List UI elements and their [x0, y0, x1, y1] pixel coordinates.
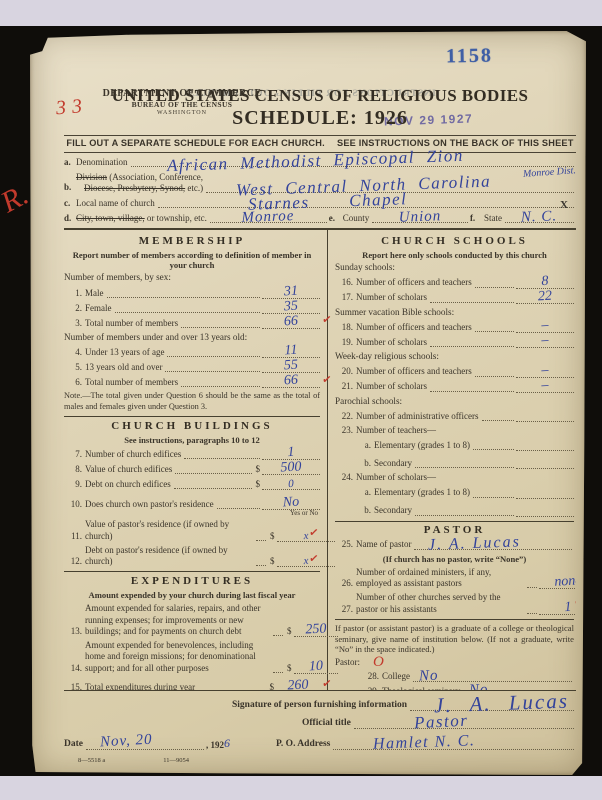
yes-or-no-caption: Yes or No: [290, 509, 318, 518]
q13-value-handwriting: 250: [305, 623, 327, 638]
field-letter: d.: [64, 213, 76, 224]
q2-value-handwriting: 35: [284, 300, 299, 315]
red-check-mark: ✓: [321, 314, 332, 329]
q-number: 9.: [64, 479, 82, 490]
dotted-line: N. C.: [505, 222, 574, 223]
answer-line: 1✓: [539, 603, 576, 615]
q15-total-expenditures: 15. Total expenditures during year $ 260…: [64, 681, 320, 691]
pastor-name-handwriting: J. A. Lucas: [428, 534, 521, 553]
q-number: 5.: [64, 362, 82, 373]
district-annotation-handwriting: Monroe Dist.: [523, 166, 577, 180]
q-label: Number of scholars: [356, 292, 427, 303]
field-division: b. Division (Association, Conference, Di…: [64, 172, 576, 194]
q7-edifices: 7. Number of church edifices 1: [64, 448, 320, 460]
q-number: 23.: [335, 425, 353, 436]
answer-line: 0: [262, 478, 320, 490]
answer-line: 500: [262, 463, 320, 475]
agency-city: WASHINGTON: [92, 110, 272, 118]
q20: 20. Number of officers and teachers –: [335, 366, 574, 378]
date-line: Nov, 20: [86, 749, 204, 750]
sub-letter: b.: [361, 458, 371, 469]
x-pencil-mark: X: [560, 199, 568, 213]
q-number: 2.: [64, 303, 82, 314]
dotted-line: [181, 327, 260, 328]
field-denomination: a. Denomination African Methodist Episco…: [64, 157, 576, 168]
county-label: County: [343, 213, 370, 224]
dollar-sign: $: [270, 682, 275, 692]
q-label: Does church own pastor's residence: [85, 499, 214, 510]
q14-benevolences: 14. Amount expended for benevolences, in…: [64, 640, 320, 674]
answer-line: NoYes or No: [262, 498, 320, 510]
q14-value-handwriting: 10: [308, 659, 323, 674]
city-label: City, town, village, or township, etc.: [76, 213, 207, 224]
q-number: 14.: [64, 663, 82, 674]
agency-block: DEPARTMENT OF COMMERCE BUREAU OF THE CEN…: [92, 87, 272, 118]
dotted-line: [527, 613, 537, 614]
q-number: 22.: [335, 411, 353, 422]
q29-value-handwriting: No: [469, 683, 489, 692]
group-weekday-schools: Week-day religious schools:: [335, 351, 574, 363]
q5-13-and-over: 5. 13 years old and over 55: [64, 361, 320, 373]
q9-debt-edifices: 9. Debt on church edifices $ 0: [64, 478, 320, 490]
q-label: Debt on church edifices: [85, 479, 171, 490]
local-name-label: Local name of church: [76, 198, 155, 209]
q-label: Value of pastor's residence (if owned by…: [85, 519, 253, 542]
official-title-label: Official title: [302, 718, 351, 730]
form-number-left: 8—5518 a: [78, 757, 105, 765]
pastor-graduate-line: Pastor: O: [335, 657, 574, 668]
q-label: 13 years old and over: [85, 362, 162, 373]
city-value-handwriting: Monroe: [242, 209, 295, 226]
q10-own-residence: 10. Does church own pastor's residence N…: [64, 498, 320, 510]
q-number: 28.: [361, 671, 379, 682]
pastor-none-caption: (If church has no pastor, write “None”): [339, 554, 570, 564]
membership-subheading: Report number of members according to de…: [68, 250, 316, 271]
answer-line: [516, 505, 574, 517]
q17-value-handwriting: 22: [538, 289, 553, 304]
q21-dash-mark: –: [541, 378, 549, 392]
q2-female: 2. Female 35: [64, 302, 320, 314]
dotted-line: [473, 497, 514, 498]
state-value-handwriting: N. C.: [521, 209, 558, 225]
po-address-label: P. O. Address: [276, 739, 330, 751]
dotted-line: [184, 458, 260, 459]
answer-line: [516, 487, 574, 499]
struck-word: Division: [76, 172, 107, 182]
q-number: 18.: [335, 322, 353, 333]
answer-line: 1: [262, 448, 320, 460]
q23b: b. Secondary: [335, 457, 574, 469]
dollar-sign: $: [287, 663, 292, 674]
answer-line: 66✓: [262, 317, 320, 329]
q-label: Theological seminary: [382, 686, 460, 691]
official-title-row: Official title Pastor: [64, 718, 576, 730]
group-parochial-schools: Parochial schools:: [335, 396, 574, 408]
red-check-mark: ✓: [308, 526, 319, 541]
q-number: 24.: [335, 472, 353, 483]
township-label: or township, etc.: [145, 213, 207, 223]
q-label: Total number of members: [85, 318, 178, 329]
division-label-etc: etc.): [185, 183, 203, 193]
q-label: Number of other churches served by the p…: [356, 592, 524, 615]
q-label: Number of administrative officers: [356, 411, 479, 422]
dotted-line: [415, 467, 514, 468]
red-check-mark: ✓: [321, 677, 332, 691]
expenditures-subheading: Amount expended by your church during la…: [68, 590, 316, 600]
dollar-sign: $: [256, 464, 261, 475]
dotted-line: Starnes Chapel X: [158, 207, 574, 208]
answer-line: 11: [262, 346, 320, 358]
q-number: 11.: [64, 531, 82, 542]
q-label: Number of officers and teachers: [356, 366, 472, 377]
date-and-address-row: Date Nov, 20 , 192 6 P. O. Address Hamle…: [64, 736, 576, 751]
dotted-line: [175, 473, 251, 474]
q-number: 8.: [64, 464, 82, 475]
q-number: 25.: [335, 539, 353, 550]
dollar-sign: $: [270, 556, 275, 567]
date-handwriting: Nov, 20: [100, 733, 153, 751]
dotted-line: [527, 587, 537, 588]
q12-debt-residence: 12. Debt on pastor's residence (if owned…: [64, 545, 320, 568]
section-divider: [335, 619, 574, 620]
q-number: 6.: [64, 377, 82, 388]
answer-line: –: [516, 336, 574, 348]
answer-line: 31: [262, 287, 320, 299]
answer-line: [516, 457, 574, 469]
q23a: a. Elementary (grades 1 to 8): [335, 439, 574, 451]
field-letter: b.: [64, 182, 76, 193]
q-number: 19.: [335, 337, 353, 348]
graduate-instruction: If pastor (or assistant pastor) is a gra…: [335, 623, 574, 655]
q3-total-members: 3. Total number of members 66✓: [64, 317, 320, 329]
struck-words: City, town, village,: [76, 213, 145, 223]
dotted-line: [256, 540, 266, 541]
dotted-line: [475, 287, 514, 288]
q-number: 29.: [361, 686, 379, 691]
q-label: Total expenditures during year: [85, 682, 195, 692]
field-letter: c.: [64, 198, 76, 209]
q-number: 3.: [64, 318, 82, 329]
dotted-line: [181, 386, 260, 387]
dotted-line: [430, 391, 514, 392]
dotted-line: Monroe: [210, 222, 327, 223]
dotted-line: [473, 449, 514, 450]
scanned-census-form-photo: R. INSTRUCTIONS FOR FILLING OUT SCHEDULE…: [0, 0, 602, 800]
dotted-line: [475, 376, 514, 377]
q-label: Amount expended for benevolences, includ…: [85, 640, 270, 674]
dotted-line: [256, 565, 266, 566]
q-label: Number of officers and teachers: [356, 322, 472, 333]
field-letter: f.: [470, 213, 484, 224]
dotted-line: [273, 672, 283, 673]
q-number: 20.: [335, 366, 353, 377]
q15-value-handwriting: 260: [287, 678, 309, 691]
q-number: 21.: [335, 381, 353, 392]
bureau-name: BUREAU OF THE CENSUS: [92, 100, 272, 110]
q-number: 4.: [64, 347, 82, 358]
q-label: Under 13 years of age: [85, 347, 164, 358]
dotted-line: J. A. Lucas: [414, 549, 572, 550]
q4-value-handwriting: 11: [284, 344, 298, 359]
sub-label: Elementary (grades 1 to 8): [374, 487, 470, 498]
q-number: 1.: [64, 288, 82, 299]
q17: 17. Number of scholars 22: [335, 292, 574, 304]
year-digit-handwriting: 6: [224, 736, 230, 751]
dotted-line: [273, 635, 283, 636]
field-letter: a.: [64, 157, 76, 168]
division-label-rest: (Association, Conference,: [107, 172, 203, 182]
buildings-heading: CHURCH BUILDINGS: [64, 420, 320, 434]
red-check-mark: ✓: [573, 596, 576, 611]
answer-line: –: [516, 321, 574, 333]
signature-row: Signature of person furnishing informati…: [64, 700, 576, 712]
q-number: 27.: [335, 604, 353, 615]
buildings-subheading: See instructions, paragraphs 10 to 12: [68, 435, 316, 445]
q-number: 15.: [64, 682, 82, 692]
denomination-label: Denomination: [76, 157, 128, 168]
q-label: Number of scholars: [356, 337, 427, 348]
census-form-page: INSTRUCTIONS FOR FILLING OUT SCHEDULE 11…: [30, 31, 586, 775]
sub-label: Elementary (grades 1 to 8): [374, 440, 470, 451]
sub-letter: a.: [361, 487, 371, 498]
q-label: Number of teachers—: [356, 425, 436, 436]
answer-line: 10: [294, 662, 338, 674]
dotted-line: [430, 346, 514, 347]
dotted-line: Union: [372, 222, 468, 223]
q8-value-handwriting: 500: [280, 461, 302, 476]
q-label: Number of scholars—: [356, 472, 436, 483]
q16-value-handwriting: 8: [541, 274, 549, 288]
group-summer-schools: Summer vacation Bible schools:: [335, 307, 574, 319]
answer-line: [516, 410, 574, 422]
dotted-line: African Methodist Episcopal Zion: [131, 166, 575, 167]
q20-dash-mark: –: [541, 363, 549, 377]
q-label: Total number of members: [85, 377, 178, 388]
q-label: Number of scholars: [356, 381, 427, 392]
po-address-handwriting: Hamlet N. C.: [373, 733, 476, 753]
dollar-sign: $: [270, 531, 275, 542]
division-label: Division (Association, Conference, Dioce…: [76, 172, 203, 194]
answer-line: 35: [262, 302, 320, 314]
form-numbers: 8—5518 a 11—9054: [78, 757, 576, 765]
field-local-name: c. Local name of church Starnes Chapel X: [64, 198, 576, 209]
department-name: DEPARTMENT OF COMMERCE: [92, 87, 272, 100]
dotted-line: [415, 515, 514, 516]
printed-year-prefix: , 192: [206, 740, 224, 751]
q7-value-handwriting: 1: [287, 446, 295, 460]
expenditures-heading: EXPENDITURES: [64, 575, 320, 589]
dotted-line: [167, 356, 260, 357]
state-label: State: [484, 213, 502, 224]
form-body-columns: MEMBERSHIP Report number of members acco…: [64, 228, 576, 691]
answer-line: none: [539, 577, 576, 589]
dotted-line: [217, 508, 260, 509]
q28-value-handwriting: No: [419, 668, 439, 684]
q16: 16. Number of officers and teachers 8: [335, 277, 574, 289]
identification-section: a. Denomination African Methodist Episco…: [64, 157, 576, 224]
q-label: Number of ordained ministers, if any, em…: [356, 567, 524, 590]
membership-note: Note.—The total given under Question 6 s…: [64, 391, 320, 412]
signature-line: J. A. Lucas: [410, 710, 574, 711]
struck-words: Diocese, Presbytery, Synod,: [84, 183, 185, 193]
q6-value-handwriting: 66: [284, 374, 299, 389]
dotted-line: [475, 331, 514, 332]
answer-line: 66✓: [262, 376, 320, 388]
q1-value-handwriting: 31: [284, 285, 299, 300]
dotted-line: [107, 297, 261, 298]
schools-heading: CHURCH SCHOOLS: [335, 235, 574, 249]
dotted-line: [165, 371, 260, 372]
q19-dash-mark: –: [541, 334, 549, 348]
answer-line: x✓: [277, 555, 335, 567]
section-divider: [64, 571, 320, 572]
q28-college: 28. College No: [335, 671, 574, 682]
dotted-line: [115, 312, 261, 313]
form-header: DEPARTMENT OF COMMERCE BUREAU OF THE CEN…: [64, 85, 576, 131]
q18-dash-mark: –: [541, 319, 549, 333]
dollar-sign: $: [287, 626, 292, 637]
q-number: 17.: [335, 292, 353, 303]
q-label: Number of church edifices: [85, 449, 181, 460]
answer-line: 260✓: [276, 681, 320, 691]
field-letter: e.: [329, 213, 343, 224]
answer-line: x✓: [277, 530, 335, 542]
po-address-line: Hamlet N. C.: [333, 749, 574, 750]
sub-label: Secondary: [374, 505, 412, 516]
dollar-sign: $: [256, 479, 261, 490]
sub-letter: a.: [361, 440, 371, 451]
q-number: 12.: [64, 556, 82, 567]
field-place-county-state: d. City, town, village, or township, etc…: [64, 213, 576, 224]
schools-subheading: Report here only schools conducted by th…: [339, 250, 570, 260]
q-label: College: [382, 671, 410, 682]
answer-line: 250: [294, 625, 338, 637]
q8-value-edifices: 8. Value of church edifices $ 500: [64, 463, 320, 475]
answer-line: [516, 439, 574, 451]
q3-value-handwriting: 66: [284, 315, 299, 330]
q18: 18. Number of officers and teachers –: [335, 321, 574, 333]
q-label: Number of officers and teachers: [356, 277, 472, 288]
q1-male: 1. Male 31: [64, 287, 320, 299]
date-label: Date: [64, 739, 83, 751]
q26-assistant-pastors: 26. Number of ordained ministers, if any…: [335, 567, 574, 590]
q6-total-members: 6. Total number of members 66✓: [64, 376, 320, 388]
sub-letter: b.: [361, 505, 371, 516]
q-label: Female: [85, 303, 112, 314]
q21: 21. Number of scholars –: [335, 381, 574, 393]
q5-value-handwriting: 55: [284, 359, 299, 374]
q24b: b. Secondary: [335, 505, 574, 517]
q9-value-handwriting: 0: [288, 479, 294, 490]
q-number: 10.: [64, 499, 82, 510]
group-label-sex: Number of members, by sex:: [64, 272, 320, 284]
q27-value-handwriting: 1: [564, 601, 572, 615]
q26-value-handwriting: none: [554, 575, 576, 590]
q22: 22. Number of administrative officers: [335, 410, 574, 422]
q25-pastor-name: 25. Name of pastor J. A. Lucas: [335, 539, 574, 550]
q24: 24. Number of scholars—: [335, 472, 574, 483]
answer-line: –: [516, 366, 574, 378]
right-column: CHURCH SCHOOLS Report here only schools …: [327, 230, 576, 690]
q13-running-expenses: 13. Amount expended for salaries, repair…: [64, 603, 320, 637]
county-value-handwriting: Union: [399, 209, 442, 225]
section-divider: [64, 416, 320, 417]
red-check-mark: ✓: [308, 552, 319, 567]
official-title-handwriting: Pastor: [413, 711, 468, 731]
group-sunday-schools: Sunday schools:: [335, 262, 574, 274]
official-title-line: Pastor: [354, 728, 574, 729]
q-label: Value of church edifices: [85, 464, 172, 475]
dotted-line: [482, 420, 514, 421]
q23: 23. Number of teachers—: [335, 425, 574, 436]
answer-line: 22: [516, 292, 574, 304]
answer-line: 55: [262, 361, 320, 373]
section-divider: [335, 521, 574, 522]
q24a: a. Elementary (grades 1 to 8): [335, 487, 574, 499]
pastor-word: Pastor:: [335, 657, 360, 667]
dotted-line: [174, 488, 252, 489]
q-label: Debt on pastor's residence (if owned by …: [85, 545, 253, 568]
q19: 19. Number of scholars –: [335, 336, 574, 348]
q-label: Name of pastor: [356, 539, 411, 550]
signature-section: Signature of person furnishing informati…: [64, 694, 576, 765]
answer-line: –: [516, 381, 574, 393]
q27-other-churches: 27. Number of other churches served by t…: [335, 592, 574, 615]
q11-value-residence: 11. Value of pastor's residence (if owne…: [64, 519, 320, 542]
dotted-line: [430, 302, 514, 303]
q4-under-13: 4. Under 13 years of age 11: [64, 346, 320, 358]
q-number: 13.: [64, 626, 82, 637]
dotted-line: No: [413, 681, 572, 682]
membership-heading: MEMBERSHIP: [64, 235, 320, 249]
q-label: Amount expended for salaries, repairs, a…: [85, 603, 270, 637]
signature-label: Signature of person furnishing informati…: [232, 700, 407, 712]
red-circle-mark: O: [373, 653, 384, 672]
q11-value-handwriting: x: [303, 531, 308, 542]
form-number-right: 11—9054: [163, 757, 189, 765]
answer-line: 8: [516, 277, 574, 289]
left-column: MEMBERSHIP Report number of members acco…: [64, 230, 327, 690]
sub-label: Secondary: [374, 458, 412, 469]
q-label: Male: [85, 288, 104, 299]
red-check-mark: ✓: [321, 373, 332, 388]
q-number: 7.: [64, 449, 82, 460]
q-number: 26.: [335, 578, 353, 589]
q-number: 16.: [335, 277, 353, 288]
group-label-age: Number of members under and over 13 year…: [64, 332, 320, 344]
